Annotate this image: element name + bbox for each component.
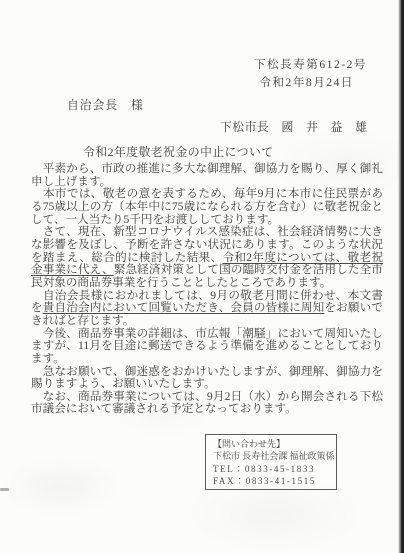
scan-edge-artifact <box>398 0 404 553</box>
doc-number: 下松長寿第612-2号 <box>254 56 367 72</box>
paragraph-4-underlined-text: 貴自治会内において回覧いただき、会員の皆様に周知 <box>43 301 325 314</box>
contact-box: 【問い合わせ先】 下松市 長寿社会課 福祉政策係 TEL：0833-45-183… <box>205 434 337 490</box>
contact-department: 下松市 長寿社会課 福祉政策係 <box>213 450 336 462</box>
body-paragraph-3: さて、現在、新型コロナウイルス感染症は、社会経済情勢に大きな影響を及ぼし、予断を… <box>31 226 383 289</box>
doc-date: 令和2年8月24日 <box>259 74 354 90</box>
scan-smudge-artifact <box>0 488 9 491</box>
body-paragraph-2: 本市では、敬老の意を表するため、毎年9月に本市に住民票がある75歳以上の方（本年… <box>31 188 383 226</box>
contact-tel: TEL：0833-45-1833 <box>213 463 336 475</box>
body-paragraph-7: なお、商品券事業については、9月2日（水）から開会される下松市議会において審議さ… <box>31 391 383 416</box>
addressee: 自治会長 様 <box>67 96 144 113</box>
body-paragraph-6: 急なお願いで、御迷惑をおかけいたしますが、御理解、御協力を賜りますよう、お願いい… <box>31 366 383 391</box>
document-title: 令和2年度敬老祝金の中止について <box>83 143 274 160</box>
document-body: 平素から、市政の推進に多大な御理解、御協力を賜り、厚く御礼申し上げます。 本市で… <box>31 163 383 416</box>
contact-fax: FAX：0833-41-1515 <box>213 475 336 487</box>
document-page: 下松長寿第612-2号 令和2年8月24日 自治会長 様 下松市長 國 井 益 … <box>0 0 404 553</box>
body-paragraph-4: 自治会長様におかれましては、9月の敬老月間に併わせ、本文書を貴自治会内において回… <box>31 290 383 328</box>
body-paragraph-5: 今後、商品券事業の詳細は、市広報「潮騒」において周知いたしますが、11月を目途に… <box>31 328 383 366</box>
body-paragraph-1: 平素から、市政の推進に多大な御理解、御協力を賜り、厚く御礼申し上げます。 <box>31 163 383 188</box>
contact-heading: 【問い合わせ先】 <box>213 438 336 450</box>
sender-name: 下松市長 國 井 益 雄 <box>220 118 368 135</box>
